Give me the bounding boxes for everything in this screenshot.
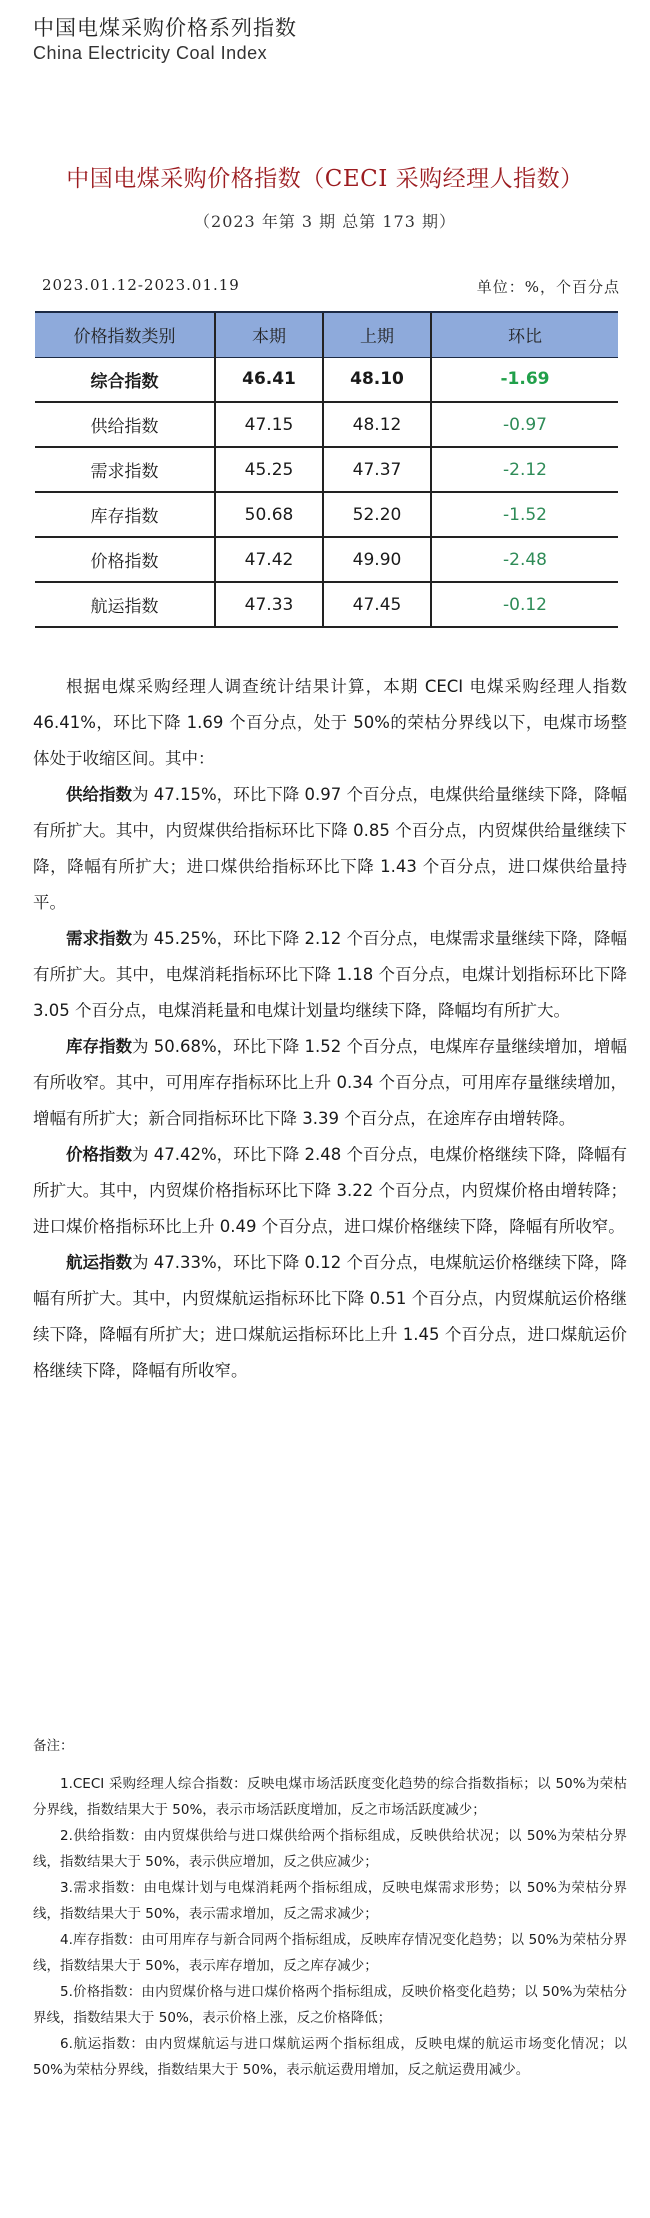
paragraph-lead: 库存指数: [66, 1037, 132, 1056]
row-change: -2.12: [431, 447, 618, 492]
note-item: 4.库存指数：由可用库存与新合同两个指标组成，反映库存情况变化趋势；以 50%为…: [33, 1927, 627, 1979]
unit-label: 单位：%，个百分点: [477, 276, 620, 297]
paragraph-lead: 供给指数: [66, 785, 132, 804]
brand-title-en: China Electricity Coal Index: [33, 43, 267, 64]
row-category: 库存指数: [35, 492, 215, 537]
table-row: 供给指数 47.15 48.12 -0.97: [35, 402, 618, 447]
row-category: 航运指数: [35, 582, 215, 627]
demand-paragraph: 需求指数为 45.25%，环比下降 2.12 个百分点，电煤需求量继续下降，降幅…: [33, 921, 627, 1029]
index-table: 价格指数类别 本期 上期 环比 综合指数 46.41 48.10 -1.69 供…: [35, 311, 618, 628]
note-item: 3.需求指数：由电煤计划与电煤消耗两个指标组成，反映电煤需求形势；以 50%为荣…: [33, 1875, 627, 1927]
table-row: 综合指数 46.41 48.10 -1.69: [35, 357, 618, 402]
row-current: 47.33: [215, 582, 323, 627]
table-row: 价格指数 47.42 49.90 -2.48: [35, 537, 618, 582]
row-category: 供给指数: [35, 402, 215, 447]
row-change: -0.97: [431, 402, 618, 447]
row-category: 需求指数: [35, 447, 215, 492]
row-current: 50.68: [215, 492, 323, 537]
date-range: 2023.01.12-2023.01.19: [42, 276, 240, 294]
intro-paragraph: 根据电煤采购经理人调查统计结果计算，本期 CECI 电煤采购经理人指数 46.4…: [33, 669, 627, 777]
row-previous: 48.10: [323, 357, 431, 402]
row-current: 46.41: [215, 357, 323, 402]
column-header-change: 环比: [431, 312, 618, 357]
row-previous: 47.37: [323, 447, 431, 492]
notes-section: 备注： 1.CECI 采购经理人综合指数：反映电煤市场活跃度变化趋势的综合指数指…: [33, 1733, 627, 2083]
row-previous: 48.12: [323, 402, 431, 447]
paragraph-text: 为 47.33%，环比下降 0.12 个百分点，电煤航运价格继续下降，降幅有所扩…: [33, 1253, 627, 1380]
report-body: 根据电煤采购经理人调查统计结果计算，本期 CECI 电煤采购经理人指数 46.4…: [33, 669, 627, 1389]
row-current: 45.25: [215, 447, 323, 492]
row-change: -1.52: [431, 492, 618, 537]
row-previous: 52.20: [323, 492, 431, 537]
table-row: 需求指数 45.25 47.37 -2.12: [35, 447, 618, 492]
row-previous: 47.45: [323, 582, 431, 627]
page-title: 中国电煤采购价格指数（CECI 采购经理人指数）: [0, 160, 650, 193]
row-change: -2.48: [431, 537, 618, 582]
note-item: 5.价格指数：由内贸煤价格与进口煤价格两个指标组成，反映价格变化趋势；以 50%…: [33, 1979, 627, 2031]
row-change: -0.12: [431, 582, 618, 627]
issue-number: （2023 年第 3 期 总第 173 期）: [0, 209, 650, 232]
row-category: 综合指数: [35, 357, 215, 402]
column-header-category: 价格指数类别: [35, 312, 215, 357]
row-current: 47.42: [215, 537, 323, 582]
supply-paragraph: 供给指数为 47.15%，环比下降 0.97 个百分点，电煤供给量继续下降，降幅…: [33, 777, 627, 921]
row-category: 价格指数: [35, 537, 215, 582]
price-paragraph: 价格指数为 47.42%，环比下降 2.48 个百分点，电煤价格继续下降，降幅有…: [33, 1137, 627, 1245]
note-item: 2.供给指数：由内贸煤供给与进口煤供给两个指标组成，反映供给状况；以 50%为荣…: [33, 1823, 627, 1875]
row-current: 47.15: [215, 402, 323, 447]
paragraph-text: 为 47.15%，环比下降 0.97 个百分点，电煤供给量继续下降，降幅有所扩大…: [33, 785, 627, 912]
row-change: -1.69: [431, 357, 618, 402]
column-header-current: 本期: [215, 312, 323, 357]
table-row: 库存指数 50.68 52.20 -1.52: [35, 492, 618, 537]
note-item: 1.CECI 采购经理人综合指数：反映电煤市场活跃度变化趋势的综合指数指标；以 …: [33, 1771, 627, 1823]
paragraph-lead: 航运指数: [66, 1253, 132, 1272]
row-previous: 49.90: [323, 537, 431, 582]
shipping-paragraph: 航运指数为 47.33%，环比下降 0.12 个百分点，电煤航运价格继续下降，降…: [33, 1245, 627, 1389]
paragraph-lead: 价格指数: [66, 1145, 132, 1164]
note-item: 6.航运指数：由内贸煤航运与进口煤航运两个指标组成，反映电煤的航运市场变化情况；…: [33, 2031, 627, 2083]
inventory-paragraph: 库存指数为 50.68%，环比下降 1.52 个百分点，电煤库存量继续增加，增幅…: [33, 1029, 627, 1137]
brand-title-cn: 中国电煤采购价格系列指数: [33, 12, 297, 42]
table-row: 航运指数 47.33 47.45 -0.12: [35, 582, 618, 627]
notes-label: 备注：: [33, 1733, 627, 1759]
paragraph-lead: 需求指数: [66, 929, 132, 948]
table-header-row: 价格指数类别 本期 上期 环比: [35, 312, 618, 357]
column-header-previous: 上期: [323, 312, 431, 357]
